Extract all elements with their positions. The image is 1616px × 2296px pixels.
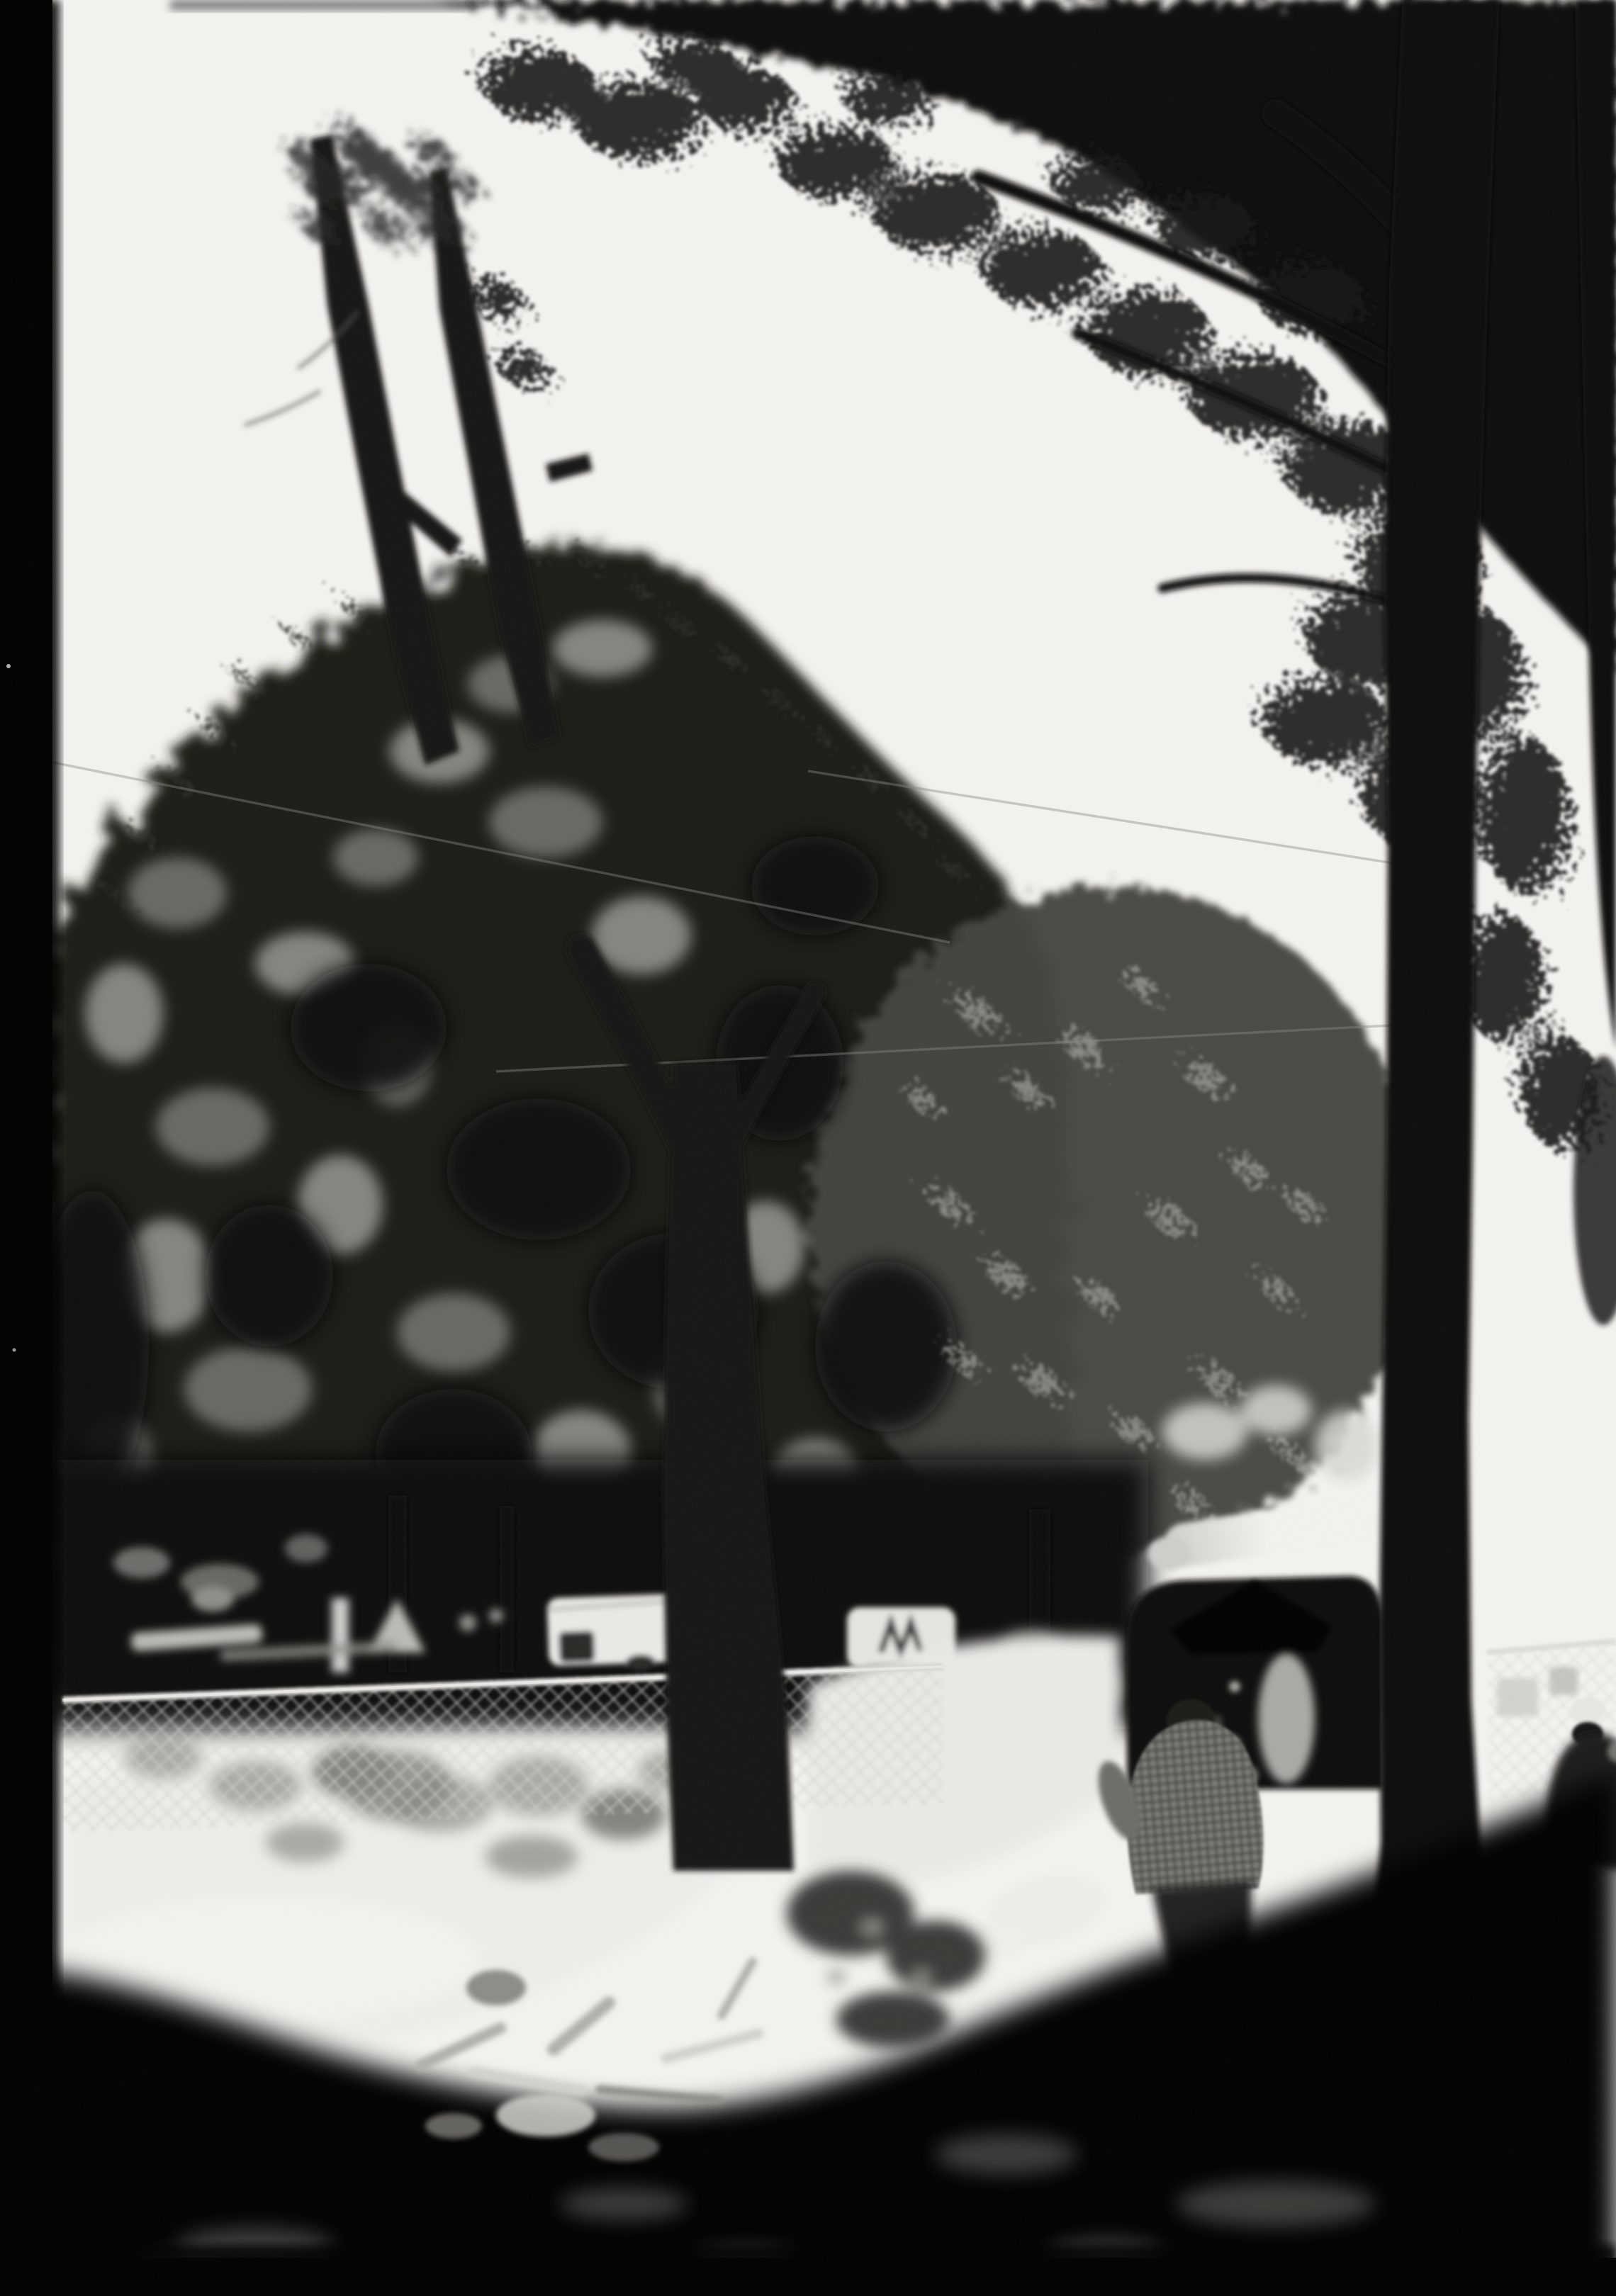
screenshot-root: Black-and-white photograph: a tall prune… — [0, 0, 1616, 2296]
photograph: Black-and-white photograph: a tall prune… — [0, 0, 1616, 2296]
photo-canvas: Black-and-white photograph: a tall prune… — [0, 0, 1616, 2296]
film-grain — [0, 0, 1616, 2296]
